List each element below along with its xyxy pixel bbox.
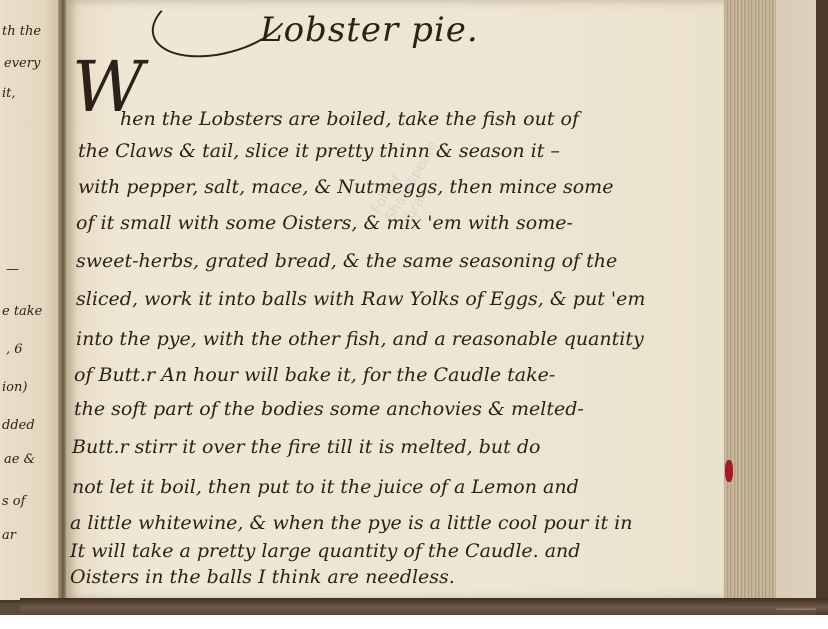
left-fragment: dded — [2, 418, 35, 433]
manuscript-line: sliced, work it into balls with Raw Yolk… — [76, 288, 645, 310]
manuscript-line: with pepper, salt, mace, & Nutmeggs, the… — [78, 176, 613, 198]
left-fragment: th the — [2, 24, 41, 39]
left-fragment: s of — [2, 494, 25, 509]
book-spread: th the every it, — e take , 6 ion) dded … — [0, 0, 828, 615]
manuscript-line: of Butt.r An hour will bake it, for the … — [74, 364, 555, 386]
page-bottom-edge — [20, 598, 828, 614]
page-title: Lobster pie. — [260, 10, 479, 50]
page-edges — [724, 0, 776, 608]
left-fragment: — — [6, 262, 19, 277]
manuscript-line: into the pye, with the other fish, and a… — [76, 328, 644, 350]
manuscript-line: hen the Lobsters are boiled, take the fi… — [120, 108, 579, 130]
manuscript-line: not let it boil, then put to it the juic… — [72, 476, 579, 498]
manuscript-line: It will take a pretty large quantity of … — [70, 540, 580, 562]
manuscript-line: of it small with some Oisters, & mix 'em… — [76, 212, 573, 234]
manuscript-line: a little whitewine, & when the pye is a … — [70, 512, 633, 534]
manuscript-line: sweet-herbs, grated bread, & the same se… — [76, 250, 617, 272]
left-fragment: ion) — [2, 380, 27, 395]
manuscript-line: the soft part of the bodies some anchovi… — [74, 398, 584, 420]
left-fragment: it, — [2, 86, 16, 101]
left-page: th the every it, — e take , 6 ion) dded … — [0, 0, 62, 603]
cover-edge — [816, 0, 828, 615]
manuscript-line: Oisters in the balls I think are needles… — [70, 566, 455, 588]
red-bookmark-tab — [725, 460, 733, 482]
manuscript-line: Butt.r stirr it over the fire till it is… — [72, 436, 540, 458]
left-fragment: , 6 — [6, 342, 23, 357]
left-fragment: every — [4, 56, 40, 71]
left-fragment: e take — [2, 304, 42, 319]
manuscript-line: the Claws & tail, slice it pretty thinn … — [78, 140, 560, 162]
left-fragment: ae & — [4, 452, 35, 467]
left-fragment: ar — [2, 528, 16, 543]
cover-inner — [776, 0, 816, 610]
